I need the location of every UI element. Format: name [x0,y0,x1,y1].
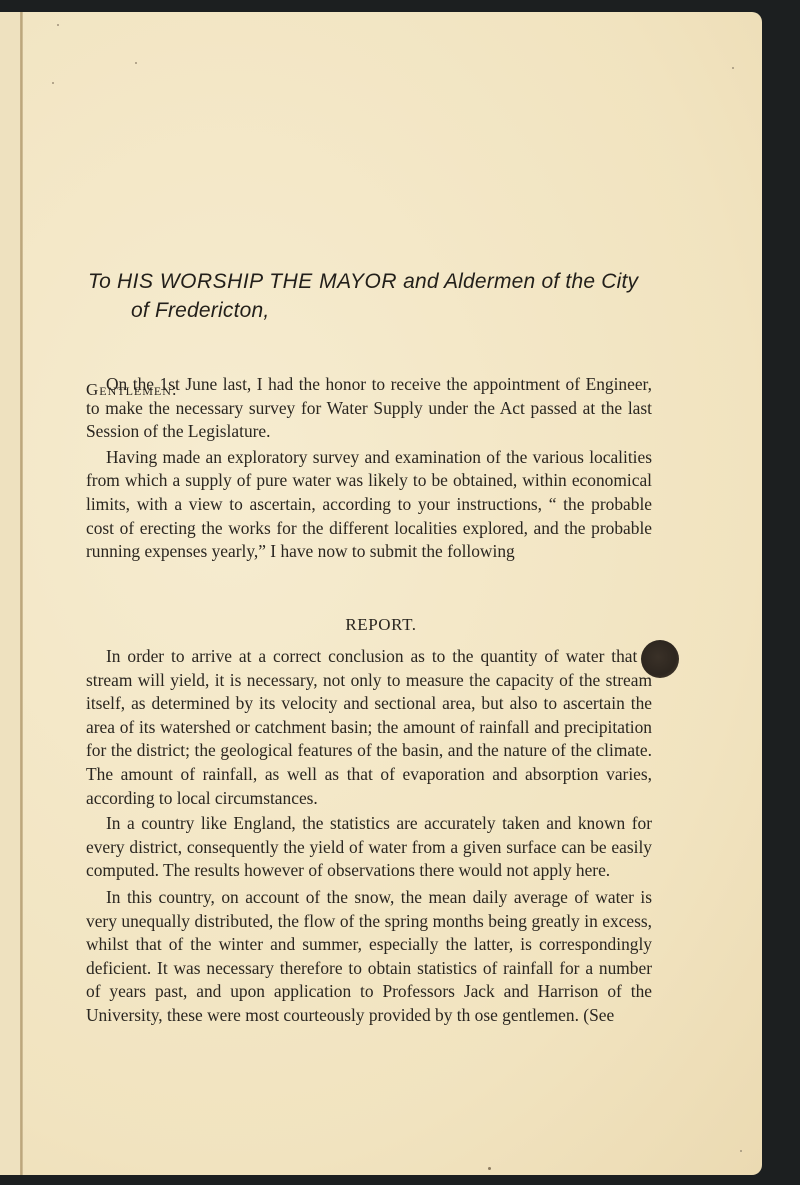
document-page: To HIS WORSHIP THE MAYOR and Aldermen of… [0,12,762,1175]
report-paragraph: In a country like England, the statistic… [86,812,652,883]
paper-speck [135,62,137,64]
paper-speck [488,1167,491,1170]
salutation-line2: of Fredericton, [88,296,668,325]
intro-section: On the 1st June last, I had the honor to… [86,373,652,564]
salutation-rest: and Aldermen of the City [397,270,638,293]
paper-speck [52,82,54,84]
page-gutter [0,12,20,1175]
paper-speck [732,67,734,69]
report-paragraph: In this country, on account of the snow,… [86,886,652,1028]
report-paragraph: In order to arrive at a correct conclusi… [86,645,652,810]
intro-paragraph: Having made an exploratory survey and ex… [86,446,652,564]
binding-line [20,12,23,1175]
report-heading: REPORT. [0,615,762,635]
report-section: In order to arrive at a correct conclusi… [86,645,652,1028]
salutation-prefix: To [88,270,117,293]
paper-speck [57,24,59,26]
salutation-caps: HIS WORSHIP THE MAYOR [117,270,397,293]
salutation: To HIS WORSHIP THE MAYOR and Aldermen of… [88,267,668,325]
paper-speck [740,1150,742,1152]
ink-stain [641,640,679,678]
intro-paragraph: On the 1st June last, I had the honor to… [86,373,652,444]
